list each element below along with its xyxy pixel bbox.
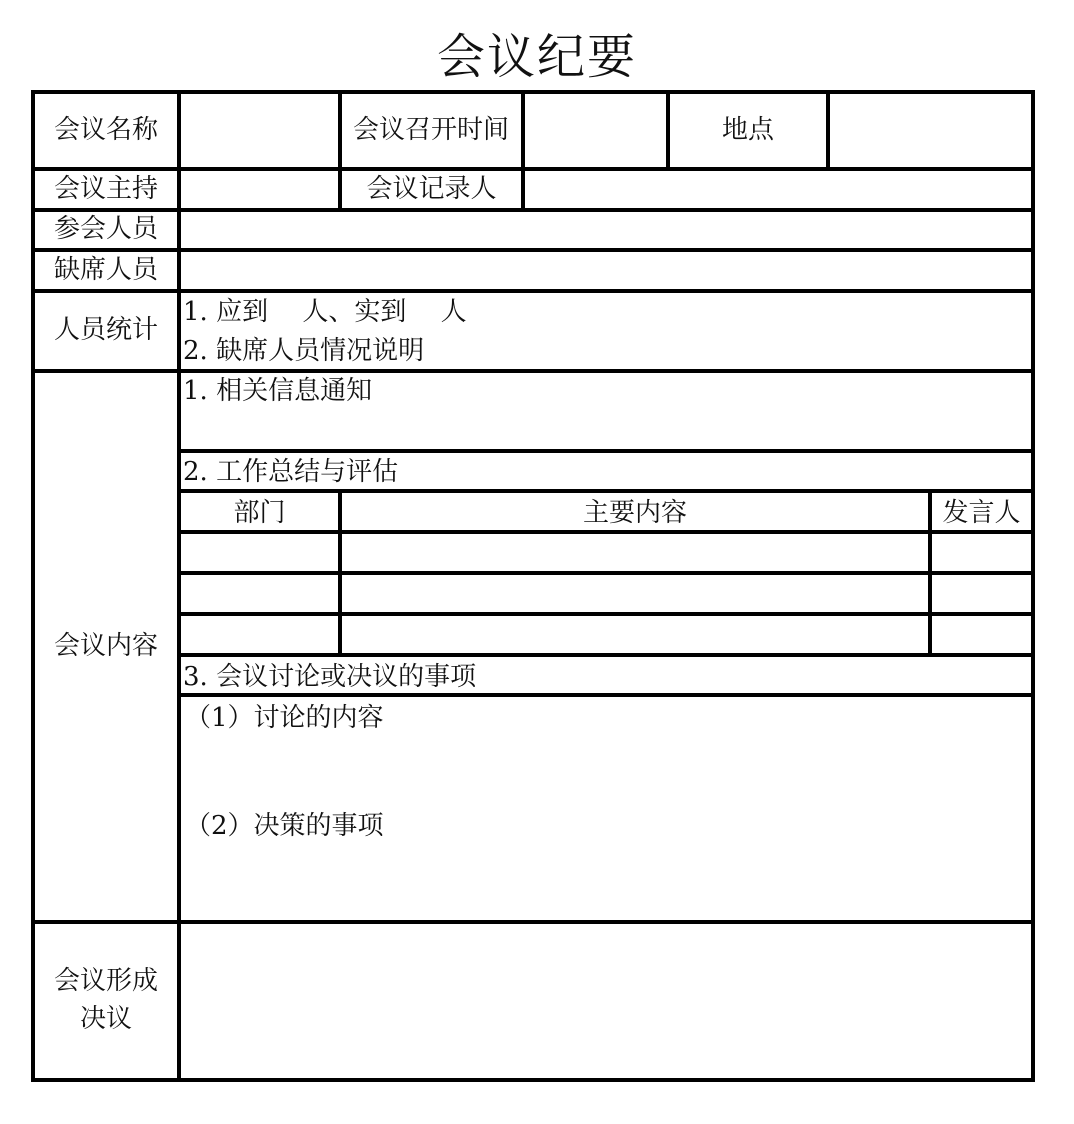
location-field[interactable] <box>830 94 1031 167</box>
border <box>1031 90 1035 1082</box>
meeting-time-field[interactable] <box>525 94 666 167</box>
meeting-time-label: 会议召开时间 <box>350 94 512 167</box>
absentees-field[interactable] <box>181 252 1031 289</box>
resolution-field[interactable] <box>181 924 1031 1078</box>
section-discussion-decisions: 3. 会议讨论或决议的事项 <box>181 660 1031 696</box>
host-field[interactable] <box>181 171 338 208</box>
recorder-label: 会议记录人 <box>342 171 521 208</box>
table-row-1-department[interactable] <box>181 534 338 571</box>
page-title: 会议纪要 <box>0 18 1074 87</box>
meeting-name-label: 会议名称 <box>35 94 177 167</box>
host-label: 会议主持 <box>35 171 177 208</box>
table-row-3-speaker[interactable] <box>932 616 1031 653</box>
section-work-summary: 2. 工作总结与评估 <box>181 455 1031 491</box>
decision-items[interactable]: （2）决策的事项 <box>181 808 1031 846</box>
attendees-field[interactable] <box>181 212 1031 248</box>
border <box>32 289 1035 293</box>
table-row-3-content[interactable] <box>342 616 928 653</box>
content-label: 会议内容 <box>35 373 177 920</box>
table-row-2-department[interactable] <box>181 575 338 612</box>
stats-line-absence-note[interactable]: 2. 缺席人员情况说明 <box>181 333 1031 371</box>
table-header-department: 部门 <box>181 496 338 532</box>
stats-label: 人员统计 <box>35 293 177 369</box>
absentees-label: 缺席人员 <box>35 252 177 289</box>
meeting-name-field[interactable] <box>181 94 338 167</box>
border <box>32 1078 1035 1082</box>
table-row-3-department[interactable] <box>181 616 338 653</box>
table-row-1-speaker[interactable] <box>932 534 1031 571</box>
attendees-label: 参会人员 <box>35 212 177 248</box>
table-header-main-content: 主要内容 <box>342 496 928 532</box>
table-row-2-content[interactable] <box>342 575 928 612</box>
recorder-field[interactable] <box>525 171 1031 208</box>
section-notice[interactable]: 1. 相关信息通知 <box>181 376 1031 449</box>
table-row-1-content[interactable] <box>342 534 928 571</box>
border <box>179 449 1035 453</box>
discussion-content[interactable]: （1）讨论的内容 <box>181 700 1031 738</box>
border <box>179 653 1035 657</box>
table-header-speaker: 发言人 <box>932 496 1031 532</box>
resolution-label: 会议形成决议 <box>48 924 164 1078</box>
stats-line-expected-actual[interactable]: 1. 应到 人、实到 人 <box>181 294 1031 332</box>
location-label: 地点 <box>670 94 826 167</box>
table-row-2-speaker[interactable] <box>932 575 1031 612</box>
